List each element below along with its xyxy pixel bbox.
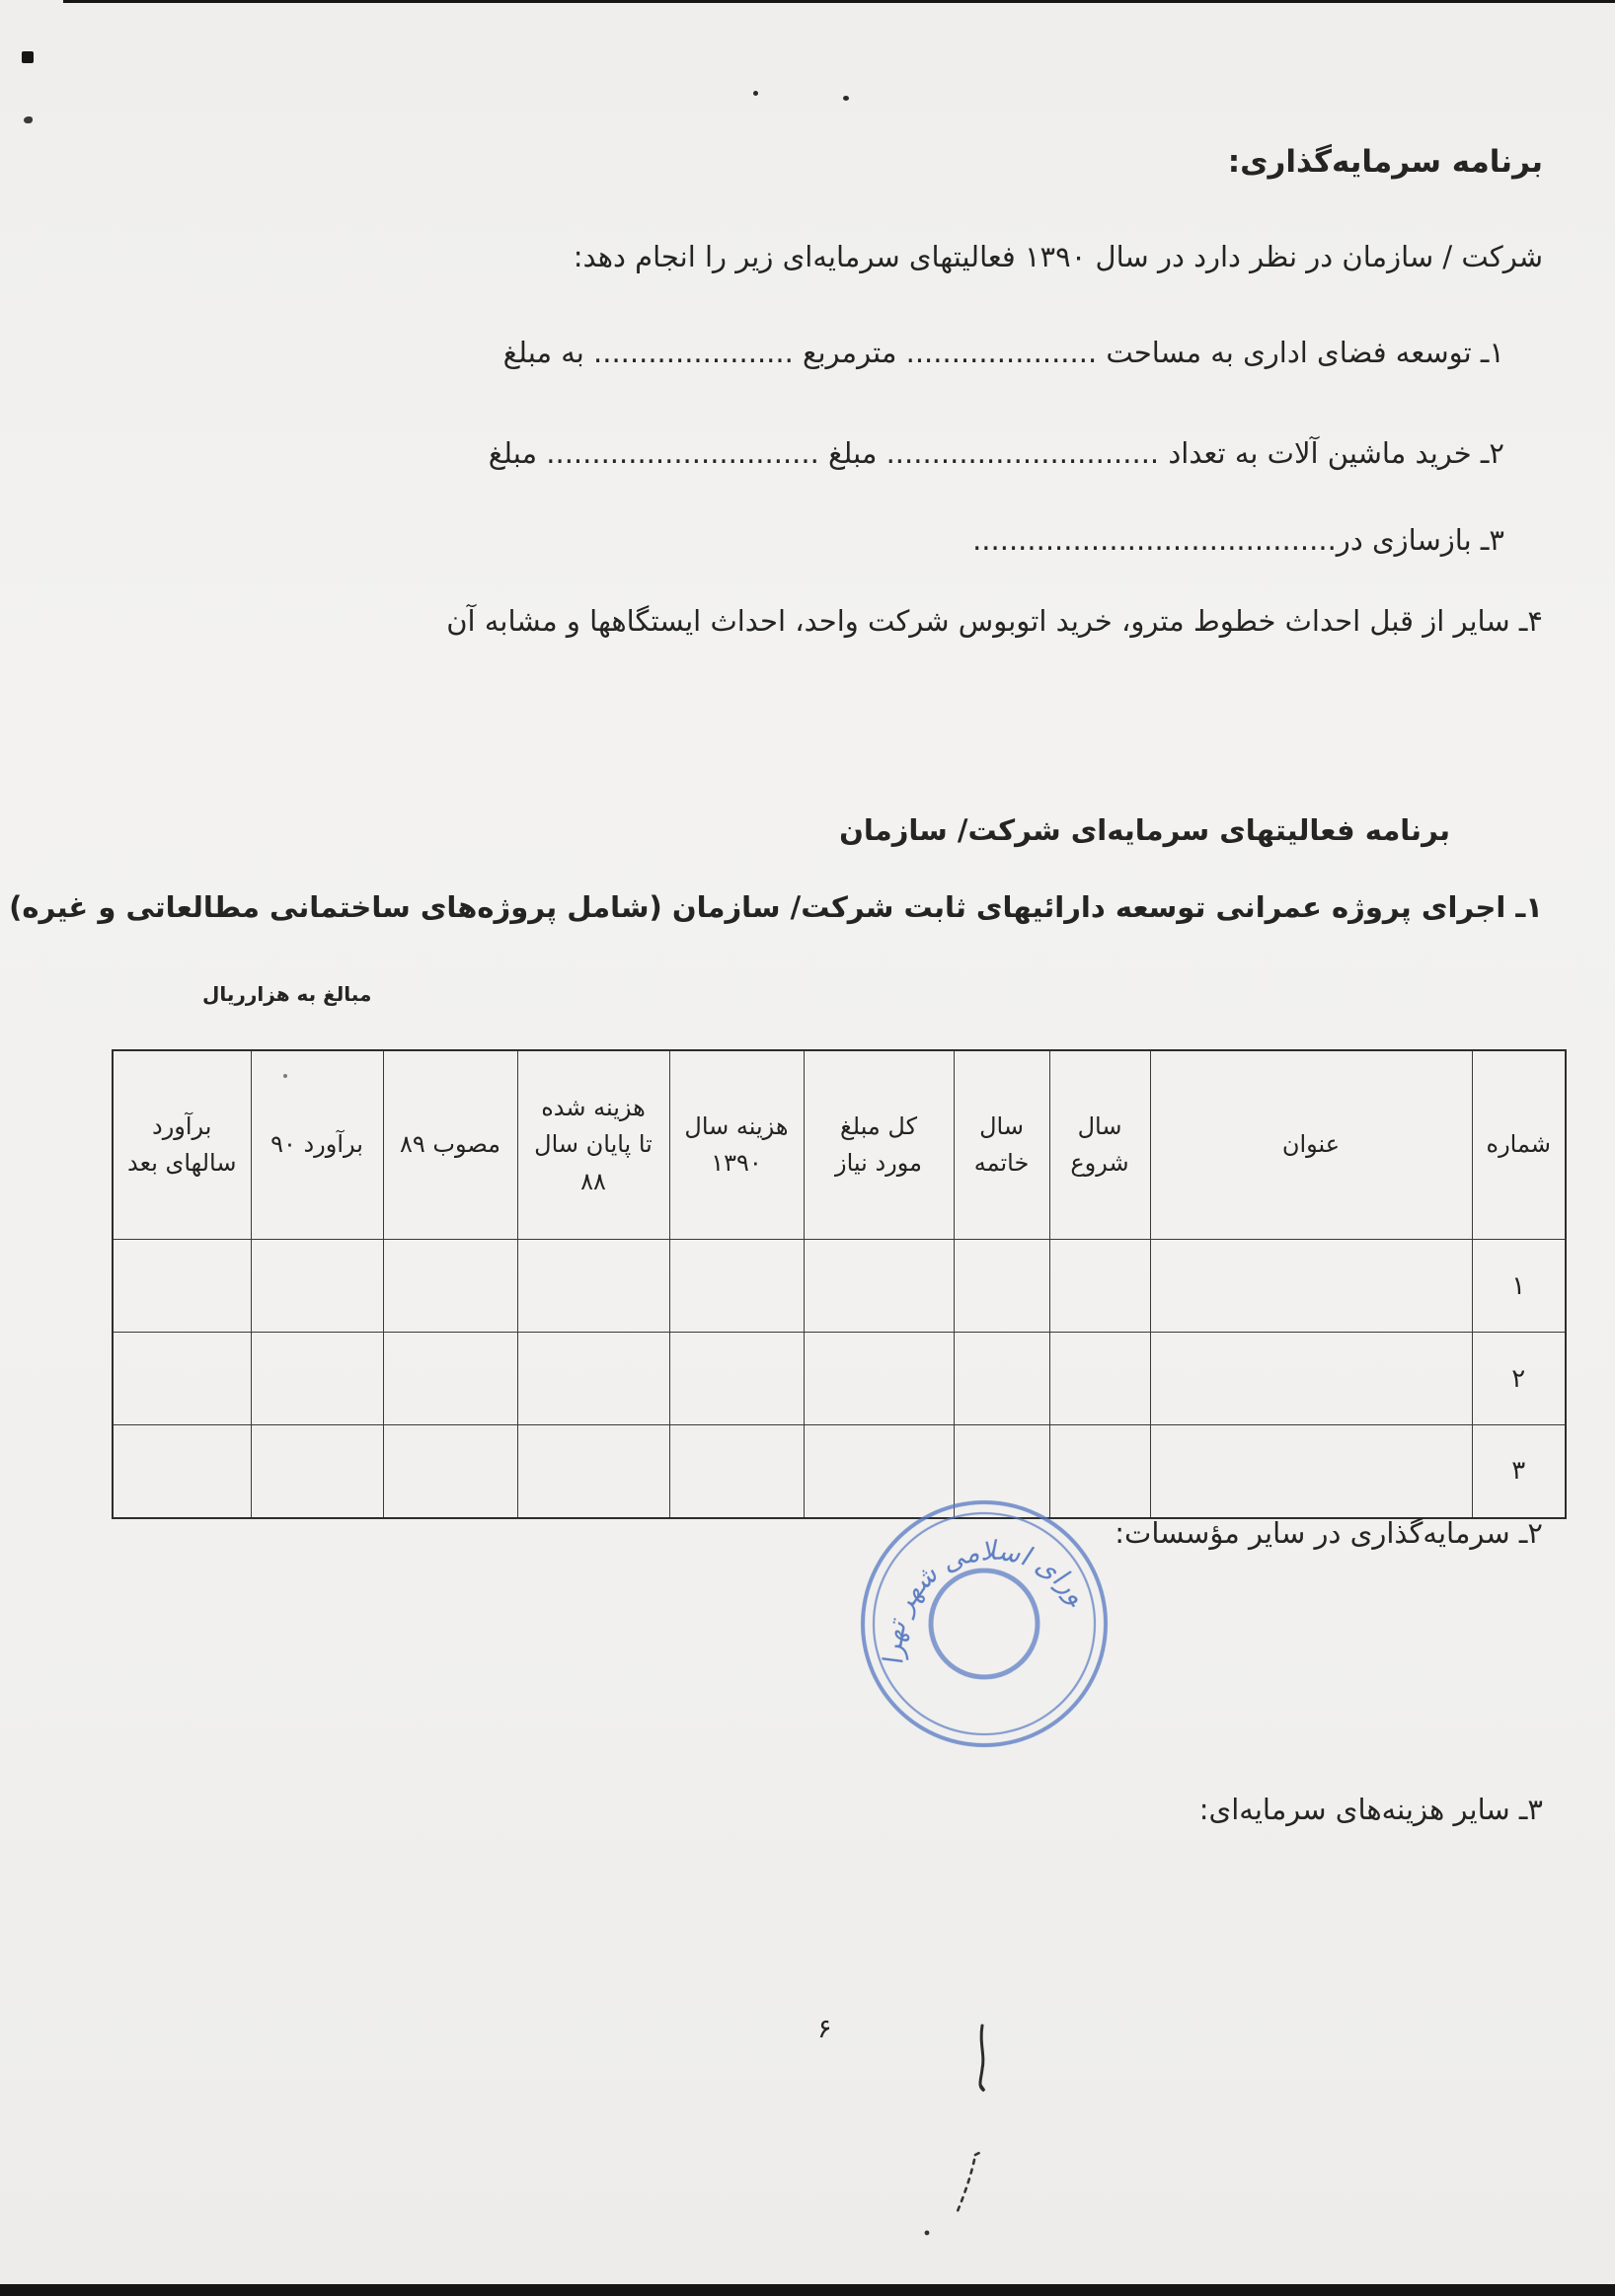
projects-table: شماره عنوان سال شروع سال خاتمه کل مبلغ م… (112, 1049, 1567, 1519)
projects-table-wrapper: شماره عنوان سال شروع سال خاتمه کل مبلغ م… (112, 1049, 1567, 1519)
table-row: ۱ (113, 1240, 1566, 1333)
scan-edge-strip-top (63, 0, 1615, 3)
empty-cell (251, 1333, 383, 1425)
empty-cell (383, 1240, 517, 1333)
page-number: ۶ (817, 2014, 832, 2044)
pen-mark-stroke (980, 2026, 984, 2091)
row-number-cell: ۱ (1472, 1240, 1566, 1333)
empty-cell (517, 1240, 669, 1333)
column-header-spent-till-88: هزینه شده تا پایان سال ۸۸ (517, 1050, 669, 1240)
section3-heading: ۳ـ سایر هزینه‌های سرمایه‌ای: (1199, 1793, 1543, 1826)
empty-cell (251, 1425, 383, 1518)
scan-artifact-speck (843, 96, 849, 101)
scanned-document-page: { "colors":{"paper":"#f1f0ee","ink":"#24… (0, 0, 1615, 2296)
column-header-approved-89: مصوب ۸۹ (383, 1050, 517, 1240)
empty-cell (517, 1425, 669, 1518)
empty-cell (251, 1240, 383, 1333)
pen-marks (888, 2004, 1027, 2251)
section2-heading: ۲ـ سرمایه‌گذاری در سایر مؤسسات: (1115, 1516, 1543, 1550)
empty-cell (1150, 1333, 1472, 1425)
empty-cell (954, 1240, 1049, 1333)
column-header-title: عنوان (1150, 1050, 1472, 1240)
empty-cell (113, 1425, 251, 1518)
intro-line: شرکت / سازمان در نظر دارد در سال ۱۳۹۰ فع… (574, 240, 1543, 273)
investment-item-2: ۲ـ خرید ماشین آلات به تعداد ............… (489, 436, 1504, 470)
empty-cell (804, 1425, 954, 1518)
column-header-total-amount: کل مبلغ مورد نیاز (804, 1050, 954, 1240)
empty-cell (383, 1425, 517, 1518)
row-number-cell: ۳ (1472, 1425, 1566, 1518)
column-header-start-year: سال شروع (1049, 1050, 1150, 1240)
empty-cell (113, 1240, 251, 1333)
scan-artifact-speck (24, 116, 33, 123)
empty-cell (1150, 1240, 1472, 1333)
scan-edge-strip-bottom (0, 2284, 1615, 2296)
row-number-cell: ۲ (1472, 1333, 1566, 1425)
investment-item-3: ۳ـ بازسازی در...........................… (972, 523, 1504, 557)
column-header-estimate-next-years: برآورد سالهای بعد (113, 1050, 251, 1240)
empty-cell (669, 1333, 804, 1425)
section1-subheading: ۱ـ اجرای پروژه عمرانی توسعه دارائیهای ثا… (9, 890, 1543, 924)
investment-item-1: ۱ـ توسعه فضای اداری به مساحت ...........… (503, 336, 1504, 369)
column-header-end-year: سال خاتمه (954, 1050, 1049, 1240)
empty-cell (383, 1333, 517, 1425)
empty-cell (1150, 1425, 1472, 1518)
section1-heading: برنامه فعالیتهای سرمایه‌ای شرکت/ سازمان (839, 813, 1450, 847)
table-row: ۳ (113, 1425, 1566, 1518)
scan-artifact-dot (22, 51, 34, 63)
column-header-row-number: شماره (1472, 1050, 1566, 1240)
table-row: ۲ (113, 1333, 1566, 1425)
empty-cell (804, 1240, 954, 1333)
empty-cell (1049, 1333, 1150, 1425)
table-header-row: شماره عنوان سال شروع سال خاتمه کل مبلغ م… (113, 1050, 1566, 1240)
empty-cell (954, 1333, 1049, 1425)
empty-cell (1049, 1240, 1150, 1333)
investment-item-4: ۴ـ سایر از قبل احداث خطوط مترو، خرید اتو… (446, 604, 1543, 638)
empty-cell (113, 1333, 251, 1425)
pen-mark-dashed-stroke (958, 2151, 983, 2211)
column-header-cost-1390: هزینه سال ۱۳۹۰ (669, 1050, 804, 1240)
empty-cell (669, 1425, 804, 1518)
scan-artifact-speck (753, 91, 758, 96)
empty-cell (804, 1333, 954, 1425)
pen-mark-dot (925, 2231, 930, 2236)
empty-cell (517, 1333, 669, 1425)
column-header-estimate-90: برآورد ۹۰ (251, 1050, 383, 1240)
amounts-unit-note: مبالغ به هزارریال (202, 982, 371, 1006)
empty-cell (669, 1240, 804, 1333)
document-title: برنامه سرمایه‌گذاری: (1228, 144, 1543, 180)
